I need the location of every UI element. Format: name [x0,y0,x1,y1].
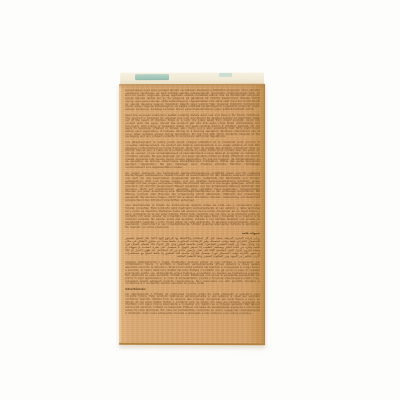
fine-print-paragraph-english: Read the enclosed instruction leaflet ca… [125,114,260,139]
fine-print-paragraph-turkish: Kullanmadan önce kutu içindeki tanıtım v… [125,89,260,111]
fine-print-paragraph-german: Vor jedem Gebrauch die beiliegende Gebra… [125,171,260,201]
fine-print-paragraph-arabic: يرجى قراءة النشرة المرفقة بعناية قبل كل … [125,237,260,258]
fine-print-paragraph-portuguese: Ler atentamente o folheto de instruções … [125,293,260,315]
fine-print-paragraph-italian: Leggere attentamente il foglio illustrat… [125,261,260,286]
section-heading: Advertências: [125,288,260,291]
fine-print-paragraph-spanish: Leer atentamente el folleto de instrucci… [125,204,260,228]
photo-background: Kullanmadan önce kutu içindeki tanıtım v… [0,0,400,400]
product-box: Kullanmadan önce kutu içindeki tanıtım v… [119,72,265,345]
arabic-section-heading: تنبيهات هامة [125,232,260,235]
teal-sticker [135,74,169,80]
box-back-panel: Kullanmadan önce kutu içindeki tanıtım v… [119,84,265,345]
fine-print-paragraph-french: Lire attentivement la notice jointe avan… [125,141,260,168]
teal-sticker-small [219,73,232,77]
